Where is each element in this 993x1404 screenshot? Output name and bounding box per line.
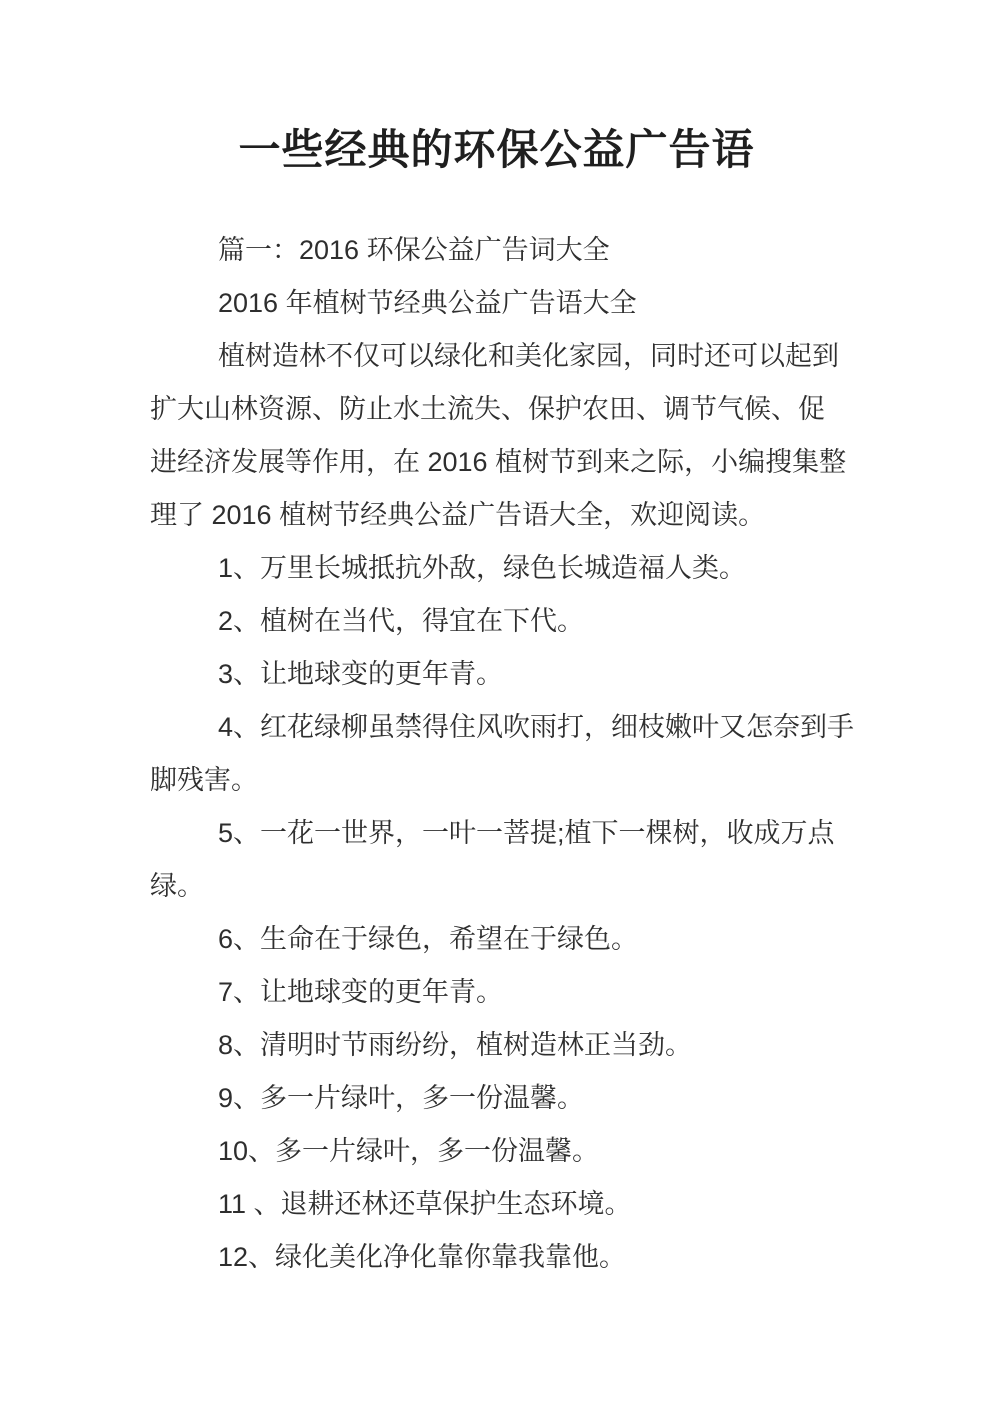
text-line-section-heading: 篇一：2016 环保公益广告词大全 <box>150 224 850 277</box>
document-body: 篇一：2016 环保公益广告词大全 2016 年植树节经典公益广告语大全 植树造… <box>150 224 850 1284</box>
text-line-item-9: 9、多一片绿叶，多一份温馨。 <box>150 1072 850 1125</box>
text-line-item-11: 11 、退耕还林还草保护生态环境。 <box>150 1178 850 1231</box>
text-line-item-3: 3、让地球变的更年青。 <box>150 648 850 701</box>
text-line-item-5-wrap: 绿。 <box>150 860 850 913</box>
document-title: 一些经典的环保公益广告语 <box>0 0 993 174</box>
text-line-item-4-wrap: 脚残害。 <box>150 754 850 807</box>
text-line-item-7: 7、让地球变的更年青。 <box>150 966 850 1019</box>
text-line-item-8: 8、清明时节雨纷纷，植树造林正当劲。 <box>150 1019 850 1072</box>
text-line-item-2: 2、植树在当代，得宜在下代。 <box>150 595 850 648</box>
text-line-intro-4: 理了 2016 植树节经典公益广告语大全，欢迎阅读。 <box>150 489 850 542</box>
text-line-intro-2: 扩大山林资源、防止水土流失、保护农田、调节气候、促 <box>150 383 850 436</box>
text-line-item-6: 6、生命在于绿色，希望在于绿色。 <box>150 913 850 966</box>
text-line-item-4: 4、红花绿柳虽禁得住风吹雨打，细枝嫩叶又怎奈到手 <box>150 701 850 754</box>
text-line-item-10: 10、多一片绿叶，多一份温馨。 <box>150 1125 850 1178</box>
text-line-item-1: 1、万里长城抵抗外敌，绿色长城造福人类。 <box>150 542 850 595</box>
text-line-intro-1: 植树造林不仅可以绿化和美化家园，同时还可以起到 <box>150 330 850 383</box>
text-line-intro-3: 进经济发展等作用，在 2016 植树节到来之际，小编搜集整 <box>150 436 850 489</box>
text-line-item-12: 12、绿化美化净化靠你靠我靠他。 <box>150 1231 850 1284</box>
document-page: 一些经典的环保公益广告语 篇一：2016 环保公益广告词大全 2016 年植树节… <box>0 0 993 1404</box>
text-line-item-5: 5、一花一世界，一叶一菩提;植下一棵树，收成万点 <box>150 807 850 860</box>
text-line-subheading: 2016 年植树节经典公益广告语大全 <box>150 277 850 330</box>
